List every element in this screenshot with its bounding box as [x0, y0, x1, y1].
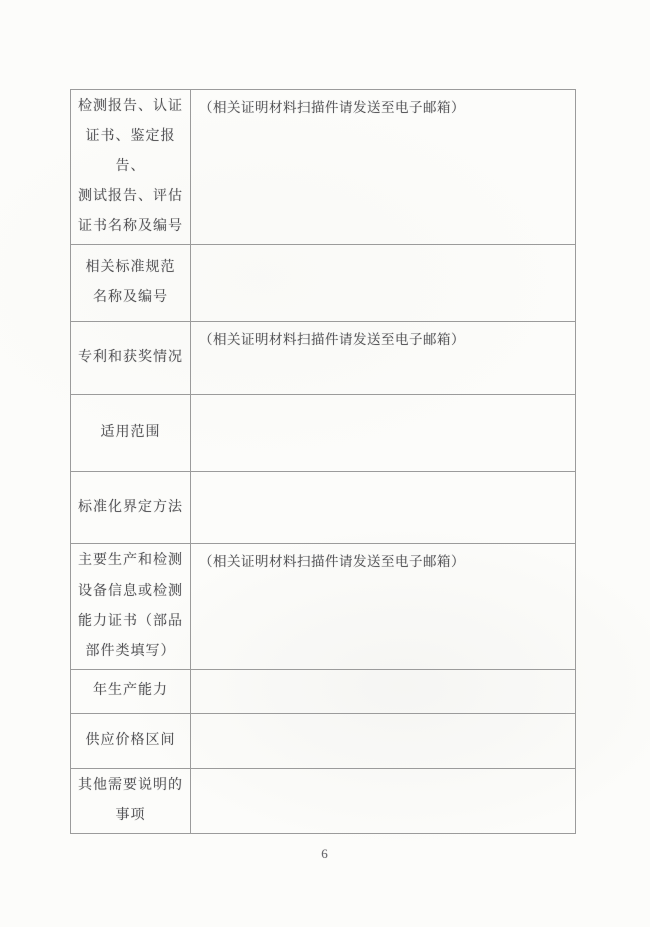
row-value-cell	[191, 713, 576, 768]
row-value-cell: （相关证明材料扫描件请发送至电子邮箱）	[191, 90, 576, 245]
row-label: 年生产能力	[71, 669, 191, 713]
row-label: 其他需要说明的 事项	[71, 768, 191, 833]
table-row: 其他需要说明的 事项	[71, 768, 576, 833]
document-page: 检测报告、认证 证书、鉴定报告、 测试报告、评估 证书名称及编号 （相关证明材料…	[0, 0, 650, 927]
table-row: 检测报告、认证 证书、鉴定报告、 测试报告、评估 证书名称及编号 （相关证明材料…	[71, 90, 576, 245]
table-row: 标准化界定方法	[71, 472, 576, 544]
page-number: 6	[0, 846, 650, 862]
row-value-cell	[191, 472, 576, 544]
row-value-cell	[191, 669, 576, 713]
product-info-table: 检测报告、认证 证书、鉴定报告、 测试报告、评估 证书名称及编号 （相关证明材料…	[70, 89, 576, 834]
table-row: 适用范围	[71, 395, 576, 472]
row-label: 供应价格区间	[71, 713, 191, 768]
row-label: 适用范围	[71, 395, 191, 472]
table-row: 供应价格区间	[71, 713, 576, 768]
table-row: 主要生产和检测 设备信息或检测 能力证书（部品 部件类填写） （相关证明材料扫描…	[71, 544, 576, 669]
row-label: 标准化界定方法	[71, 472, 191, 544]
table-row: 专利和获奖情况 （相关证明材料扫描件请发送至电子邮箱）	[71, 322, 576, 395]
row-value-cell: （相关证明材料扫描件请发送至电子邮箱）	[191, 322, 576, 395]
table-row: 相关标准规范 名称及编号	[71, 245, 576, 322]
row-label: 专利和获奖情况	[71, 322, 191, 395]
row-label: 检测报告、认证 证书、鉴定报告、 测试报告、评估 证书名称及编号	[71, 90, 191, 245]
table-row: 年生产能力	[71, 669, 576, 713]
row-value-cell: （相关证明材料扫描件请发送至电子邮箱）	[191, 544, 576, 669]
row-value-cell	[191, 395, 576, 472]
row-label: 主要生产和检测 设备信息或检测 能力证书（部品 部件类填写）	[71, 544, 191, 669]
row-value-cell	[191, 768, 576, 833]
row-value-cell	[191, 245, 576, 322]
row-label: 相关标准规范 名称及编号	[71, 245, 191, 322]
